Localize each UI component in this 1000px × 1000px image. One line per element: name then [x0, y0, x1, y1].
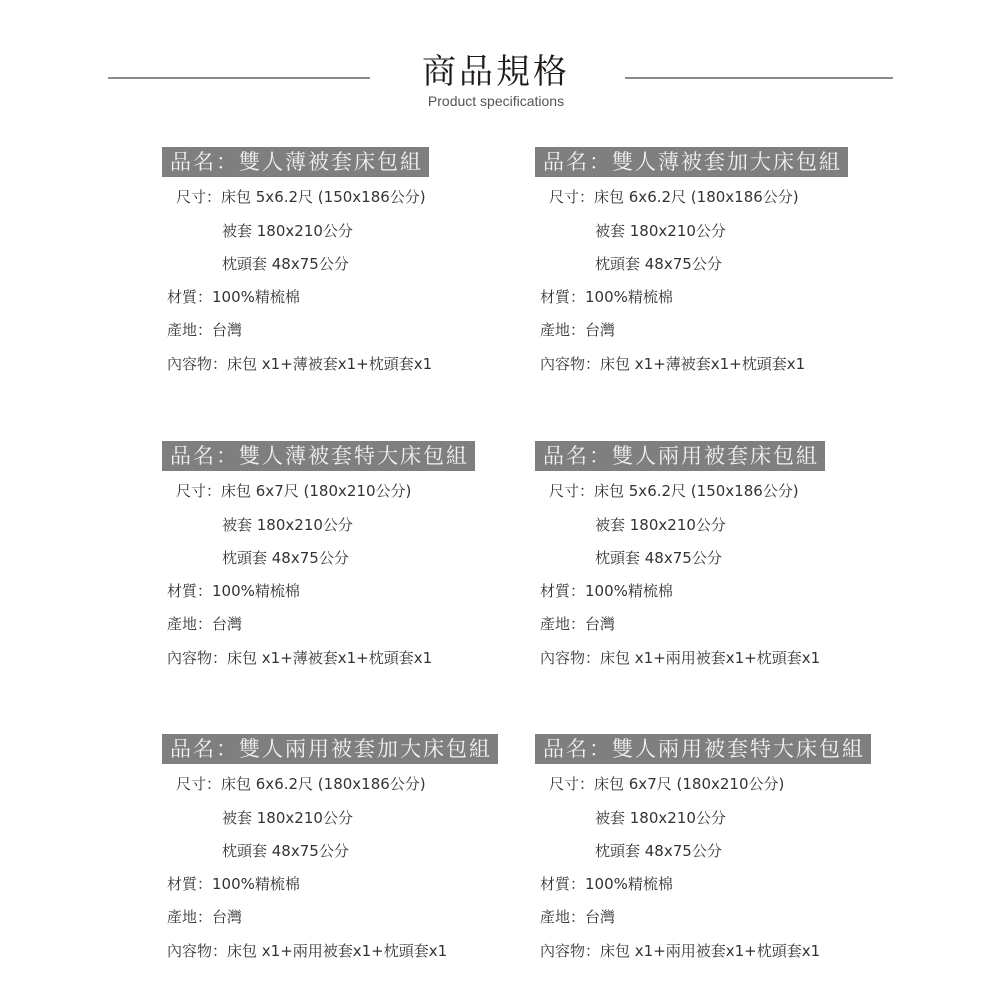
- size-pillowcase: 枕頭套 48x75公分: [595, 841, 722, 861]
- size-pillowcase: 枕頭套 48x75公分: [222, 841, 349, 861]
- size-duvet: 被套 180x210公分: [595, 808, 726, 828]
- contents: 內容物：床包 x1+兩用被套x1+枕頭套x1: [540, 941, 820, 961]
- spec-block-4: 品名：雙人兩用被套加大床包組 尺寸：床包 6x6.2尺 (180x186公分) …: [165, 734, 535, 764]
- spec-block-3: 品名：雙人兩用被套床包組 尺寸：床包 5x6.2尺 (150x186公分) 被套…: [538, 441, 908, 471]
- page-subtitle: Product specifications: [0, 93, 992, 109]
- divider-right: [625, 77, 893, 79]
- size-pillowcase: 枕頭套 48x75公分: [595, 254, 722, 274]
- size-duvet: 被套 180x210公分: [595, 515, 726, 535]
- material: 材質：100%精梳棉: [540, 287, 673, 307]
- origin: 產地：台灣: [167, 614, 242, 634]
- page-title: 商品規格: [0, 44, 992, 93]
- product-name: 品名：雙人兩用被套特大床包組: [535, 734, 871, 764]
- material: 材質：100%精梳棉: [167, 287, 300, 307]
- size-fitted-sheet: 尺寸：床包 6x7尺 (180x210公分): [176, 481, 411, 501]
- size-fitted-sheet: 尺寸：床包 6x7尺 (180x210公分): [549, 774, 784, 794]
- material: 材質：100%精梳棉: [540, 581, 673, 601]
- contents: 內容物：床包 x1+薄被套x1+枕頭套x1: [540, 354, 805, 374]
- spec-block-1: 品名：雙人薄被套加大床包組 尺寸：床包 6x6.2尺 (180x186公分) 被…: [538, 147, 908, 177]
- contents: 內容物：床包 x1+兩用被套x1+枕頭套x1: [540, 648, 820, 668]
- origin: 產地：台灣: [540, 907, 615, 927]
- product-name: 品名：雙人兩用被套加大床包組: [162, 734, 498, 764]
- material: 材質：100%精梳棉: [167, 874, 300, 894]
- origin: 產地：台灣: [540, 614, 615, 634]
- size-pillowcase: 枕頭套 48x75公分: [595, 548, 722, 568]
- spec-block-0: 品名：雙人薄被套床包組 尺寸：床包 5x6.2尺 (150x186公分) 被套 …: [165, 147, 535, 177]
- size-pillowcase: 枕頭套 48x75公分: [222, 254, 349, 274]
- product-name: 品名：雙人薄被套加大床包組: [535, 147, 848, 177]
- size-fitted-sheet: 尺寸：床包 6x6.2尺 (180x186公分): [176, 774, 426, 794]
- size-fitted-sheet: 尺寸：床包 5x6.2尺 (150x186公分): [176, 187, 426, 207]
- size-pillowcase: 枕頭套 48x75公分: [222, 548, 349, 568]
- origin: 產地：台灣: [540, 320, 615, 340]
- spec-block-2: 品名：雙人薄被套特大床包組 尺寸：床包 6x7尺 (180x210公分) 被套 …: [165, 441, 535, 471]
- contents: 內容物：床包 x1+兩用被套x1+枕頭套x1: [167, 941, 447, 961]
- product-name: 品名：雙人兩用被套床包組: [535, 441, 825, 471]
- origin: 產地：台灣: [167, 320, 242, 340]
- size-fitted-sheet: 尺寸：床包 6x6.2尺 (180x186公分): [549, 187, 799, 207]
- size-duvet: 被套 180x210公分: [222, 221, 353, 241]
- material: 材質：100%精梳棉: [167, 581, 300, 601]
- origin: 產地：台灣: [167, 907, 242, 927]
- size-duvet: 被套 180x210公分: [222, 515, 353, 535]
- material: 材質：100%精梳棉: [540, 874, 673, 894]
- size-duvet: 被套 180x210公分: [595, 221, 726, 241]
- spec-block-5: 品名：雙人兩用被套特大床包組 尺寸：床包 6x7尺 (180x210公分) 被套…: [538, 734, 908, 764]
- product-name: 品名：雙人薄被套特大床包組: [162, 441, 475, 471]
- contents: 內容物：床包 x1+薄被套x1+枕頭套x1: [167, 354, 432, 374]
- size-duvet: 被套 180x210公分: [222, 808, 353, 828]
- size-fitted-sheet: 尺寸：床包 5x6.2尺 (150x186公分): [549, 481, 799, 501]
- product-name: 品名：雙人薄被套床包組: [162, 147, 429, 177]
- contents: 內容物：床包 x1+薄被套x1+枕頭套x1: [167, 648, 432, 668]
